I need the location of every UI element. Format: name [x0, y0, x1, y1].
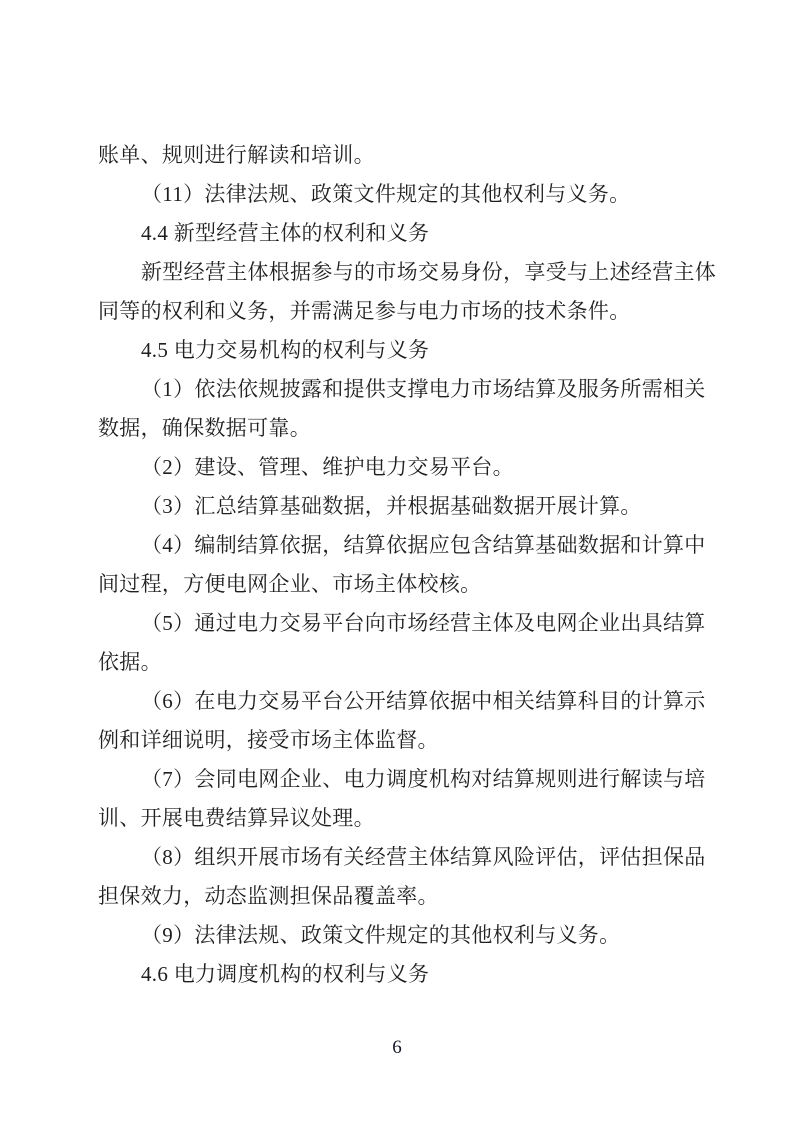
text-line: （8）组织开展市场有关经营主体结算风险评估，评估担保品 [98, 838, 714, 877]
text-line: 依据。 [98, 643, 714, 682]
paragraph-list-item: （9）法律法规、政策文件规定的其他权利与义务。 [98, 916, 714, 955]
paragraph-list-item: （3）汇总结算基础数据，并根据基础数据开展计算。 [98, 487, 714, 526]
text-line: （4）编制结算依据，结算依据应包含结算基础数据和计算中 [98, 526, 714, 565]
document-page: 账单、规则进行解读和培训。（11）法律法规、政策文件规定的其他权利与义务。4.4… [0, 0, 794, 1123]
paragraph-list-item: （5）通过电力交易平台向市场经营主体及电网企业出具结算依据。 [98, 604, 714, 682]
text-line: （5）通过电力交易平台向市场经营主体及电网企业出具结算 [98, 604, 714, 643]
text-line: （1）依法依规披露和提供支撑电力市场结算及服务所需相关 [98, 370, 714, 409]
text-line: （7）会同电网企业、电力调度机构对结算规则进行解读与培 [98, 760, 714, 799]
paragraph-list-item: （1）依法依规披露和提供支撑电力市场结算及服务所需相关数据，确保数据可靠。 [98, 370, 714, 448]
text-line: 担保效力，动态监测担保品覆盖率。 [98, 877, 714, 916]
document-body: 账单、规则进行解读和培训。（11）法律法规、政策文件规定的其他权利与义务。4.4… [98, 136, 714, 994]
paragraph-heading: 4.4 新型经营主体的权利和义务 [98, 214, 714, 253]
section-heading-line: 4.4 新型经营主体的权利和义务 [98, 214, 714, 253]
paragraph-list-item: （8）组织开展市场有关经营主体结算风险评估，评估担保品担保效力，动态监测担保品覆… [98, 838, 714, 916]
paragraph-list-item: （4）编制结算依据，结算依据应包含结算基础数据和计算中间过程，方便电网企业、市场… [98, 526, 714, 604]
paragraph-body: 新型经营主体根据参与的市场交易身份，享受与上述经营主体同等的权利和义务，并需满足… [98, 253, 714, 331]
section-heading-line: 4.5 电力交易机构的权利与义务 [98, 331, 714, 370]
paragraph-list-item: （6）在电力交易平台公开结算依据中相关结算科目的计算示例和详细说明，接受市场主体… [98, 682, 714, 760]
section-heading-line: 4.6 电力调度机构的权利与义务 [98, 955, 714, 994]
text-line: 训、开展电费结算异议处理。 [98, 799, 714, 838]
paragraph-list-item: （7）会同电网企业、电力调度机构对结算规则进行解读与培训、开展电费结算异议处理。 [98, 760, 714, 838]
paragraph-body-continuation: 账单、规则进行解读和培训。 [98, 136, 714, 175]
text-line: 数据，确保数据可靠。 [98, 409, 714, 448]
text-line: （11）法律法规、政策文件规定的其他权利与义务。 [98, 175, 714, 214]
text-line: 间过程，方便电网企业、市场主体校核。 [98, 565, 714, 604]
text-line: （6）在电力交易平台公开结算依据中相关结算科目的计算示 [98, 682, 714, 721]
page-number: 6 [0, 1036, 794, 1060]
paragraph-heading: 4.6 电力调度机构的权利与义务 [98, 955, 714, 994]
paragraph-list-item: （11）法律法规、政策文件规定的其他权利与义务。 [98, 175, 714, 214]
text-line: 例和详细说明，接受市场主体监督。 [98, 721, 714, 760]
text-line: （3）汇总结算基础数据，并根据基础数据开展计算。 [98, 487, 714, 526]
paragraph-list-item: （2）建设、管理、维护电力交易平台。 [98, 448, 714, 487]
text-line: 新型经营主体根据参与的市场交易身份，享受与上述经营主体 [98, 253, 714, 292]
text-line: 同等的权利和义务，并需满足参与电力市场的技术条件。 [98, 292, 714, 331]
text-line: （2）建设、管理、维护电力交易平台。 [98, 448, 714, 487]
text-line: 账单、规则进行解读和培训。 [98, 136, 714, 175]
paragraph-heading: 4.5 电力交易机构的权利与义务 [98, 331, 714, 370]
text-line: （9）法律法规、政策文件规定的其他权利与义务。 [98, 916, 714, 955]
